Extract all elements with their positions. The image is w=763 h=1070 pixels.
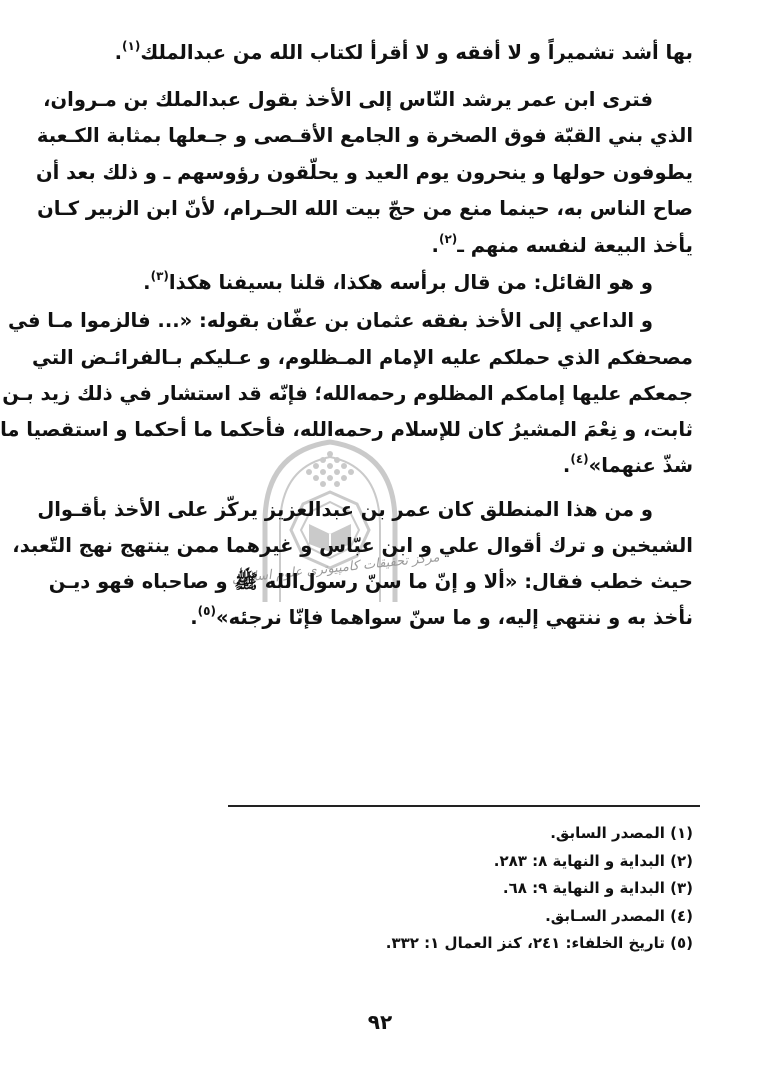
footnote-ref[interactable]: (١)	[122, 39, 140, 53]
text-line: ثابت، و نِعْمَ المشيرُ كان للإسلام رحمه‌…	[68, 412, 693, 448]
text-line: صاح الناس به، حينما منع من حجّ بيت الله …	[68, 191, 693, 227]
footnote-ref[interactable]: (٢)	[439, 232, 457, 246]
footnote-item: (٢) البداية و النهاية ٨: ٢٨٣.	[233, 848, 693, 876]
text-line: حيث خطب فقال: «ألا و إنّ ما سنّ رسول‌الل…	[68, 564, 693, 600]
footnote-item: (٥) تاريخ الخلفاء: ٢٤١، كنز العمال ١: ٣٣…	[233, 930, 693, 958]
text-line: الشيخين و ترك أقوال علي و ابن عبّاس و غي…	[68, 528, 693, 564]
footnote-number: (٤)	[670, 907, 693, 925]
footnote-text: المصدر السـابق.	[545, 907, 665, 925]
text-line: الذي بني القبّة فوق الصخرة و الجامع الأق…	[68, 118, 693, 154]
footnote-text: البداية و النهاية ٨: ٢٨٣.	[494, 852, 665, 870]
footnote-text: البداية و النهاية ٩: ٦٨.	[503, 879, 665, 897]
text-line: بها أشد تشميراً و لا أفقه و لا أقرأ لكتا…	[68, 35, 693, 71]
footnote-number: (٢)	[670, 852, 693, 870]
footnote-ref[interactable]: (٤)	[570, 452, 588, 466]
footnote-item: (٣) البداية و النهاية ٩: ٦٨.	[233, 875, 693, 903]
footnote-item: (١) المصدر السابق.	[233, 820, 693, 848]
footnote-text: تاريخ الخلفاء: ٢٤١، كنز العمال ١: ٣٣٢.	[386, 934, 665, 952]
book-page: مرکز تحقیقات کامپیوتری علوم اسلامی بها أ…	[0, 0, 763, 1070]
footnote-divider	[228, 805, 700, 807]
text-line: شذّ عنهما»(٤).	[68, 448, 693, 484]
footnote-ref[interactable]: (٣)	[151, 269, 169, 283]
footnote-number: (٥)	[670, 934, 693, 952]
footnotes: (١) المصدر السابق. (٢) البداية و النهاية…	[233, 820, 693, 958]
page-number: ٩٢	[340, 1010, 420, 1034]
text-line: و من هذا المنطلق كان عمر بن عبدالعزيز ير…	[68, 492, 653, 528]
text-line: يأخذ البيعة لنفسه منهم ـ(٢).	[68, 228, 693, 264]
footnote-number: (١)	[670, 824, 693, 842]
text-line: يطوفون حولها و ينحرون يوم العيد و يحلّقو…	[68, 155, 693, 191]
text-line: و الداعي إلى الأخذ بفقه عثمان بن عفّان ب…	[68, 303, 653, 339]
text-line: مصحفكم الذي حملكم عليه الإمام المـظلوم، …	[68, 340, 693, 376]
text-line: جمعكم عليها إمامكم المظلوم رحمه‌الله؛ فإ…	[68, 376, 693, 412]
text-line: فترى ابن عمر يرشد النّاس إلى الأخذ بقول …	[68, 82, 653, 118]
footnote-ref[interactable]: (٥)	[198, 604, 216, 618]
text-line: نأخذ به و ننتهي إليه، و ما سنّ سواهما فإ…	[68, 600, 693, 636]
footnote-item: (٤) المصدر السـابق.	[233, 903, 693, 931]
footnote-number: (٣)	[670, 879, 693, 897]
footnote-text: المصدر السابق.	[550, 824, 665, 842]
text-line: و هو القائل: من قال برأسه هكذا، قلنا بسي…	[68, 265, 653, 301]
